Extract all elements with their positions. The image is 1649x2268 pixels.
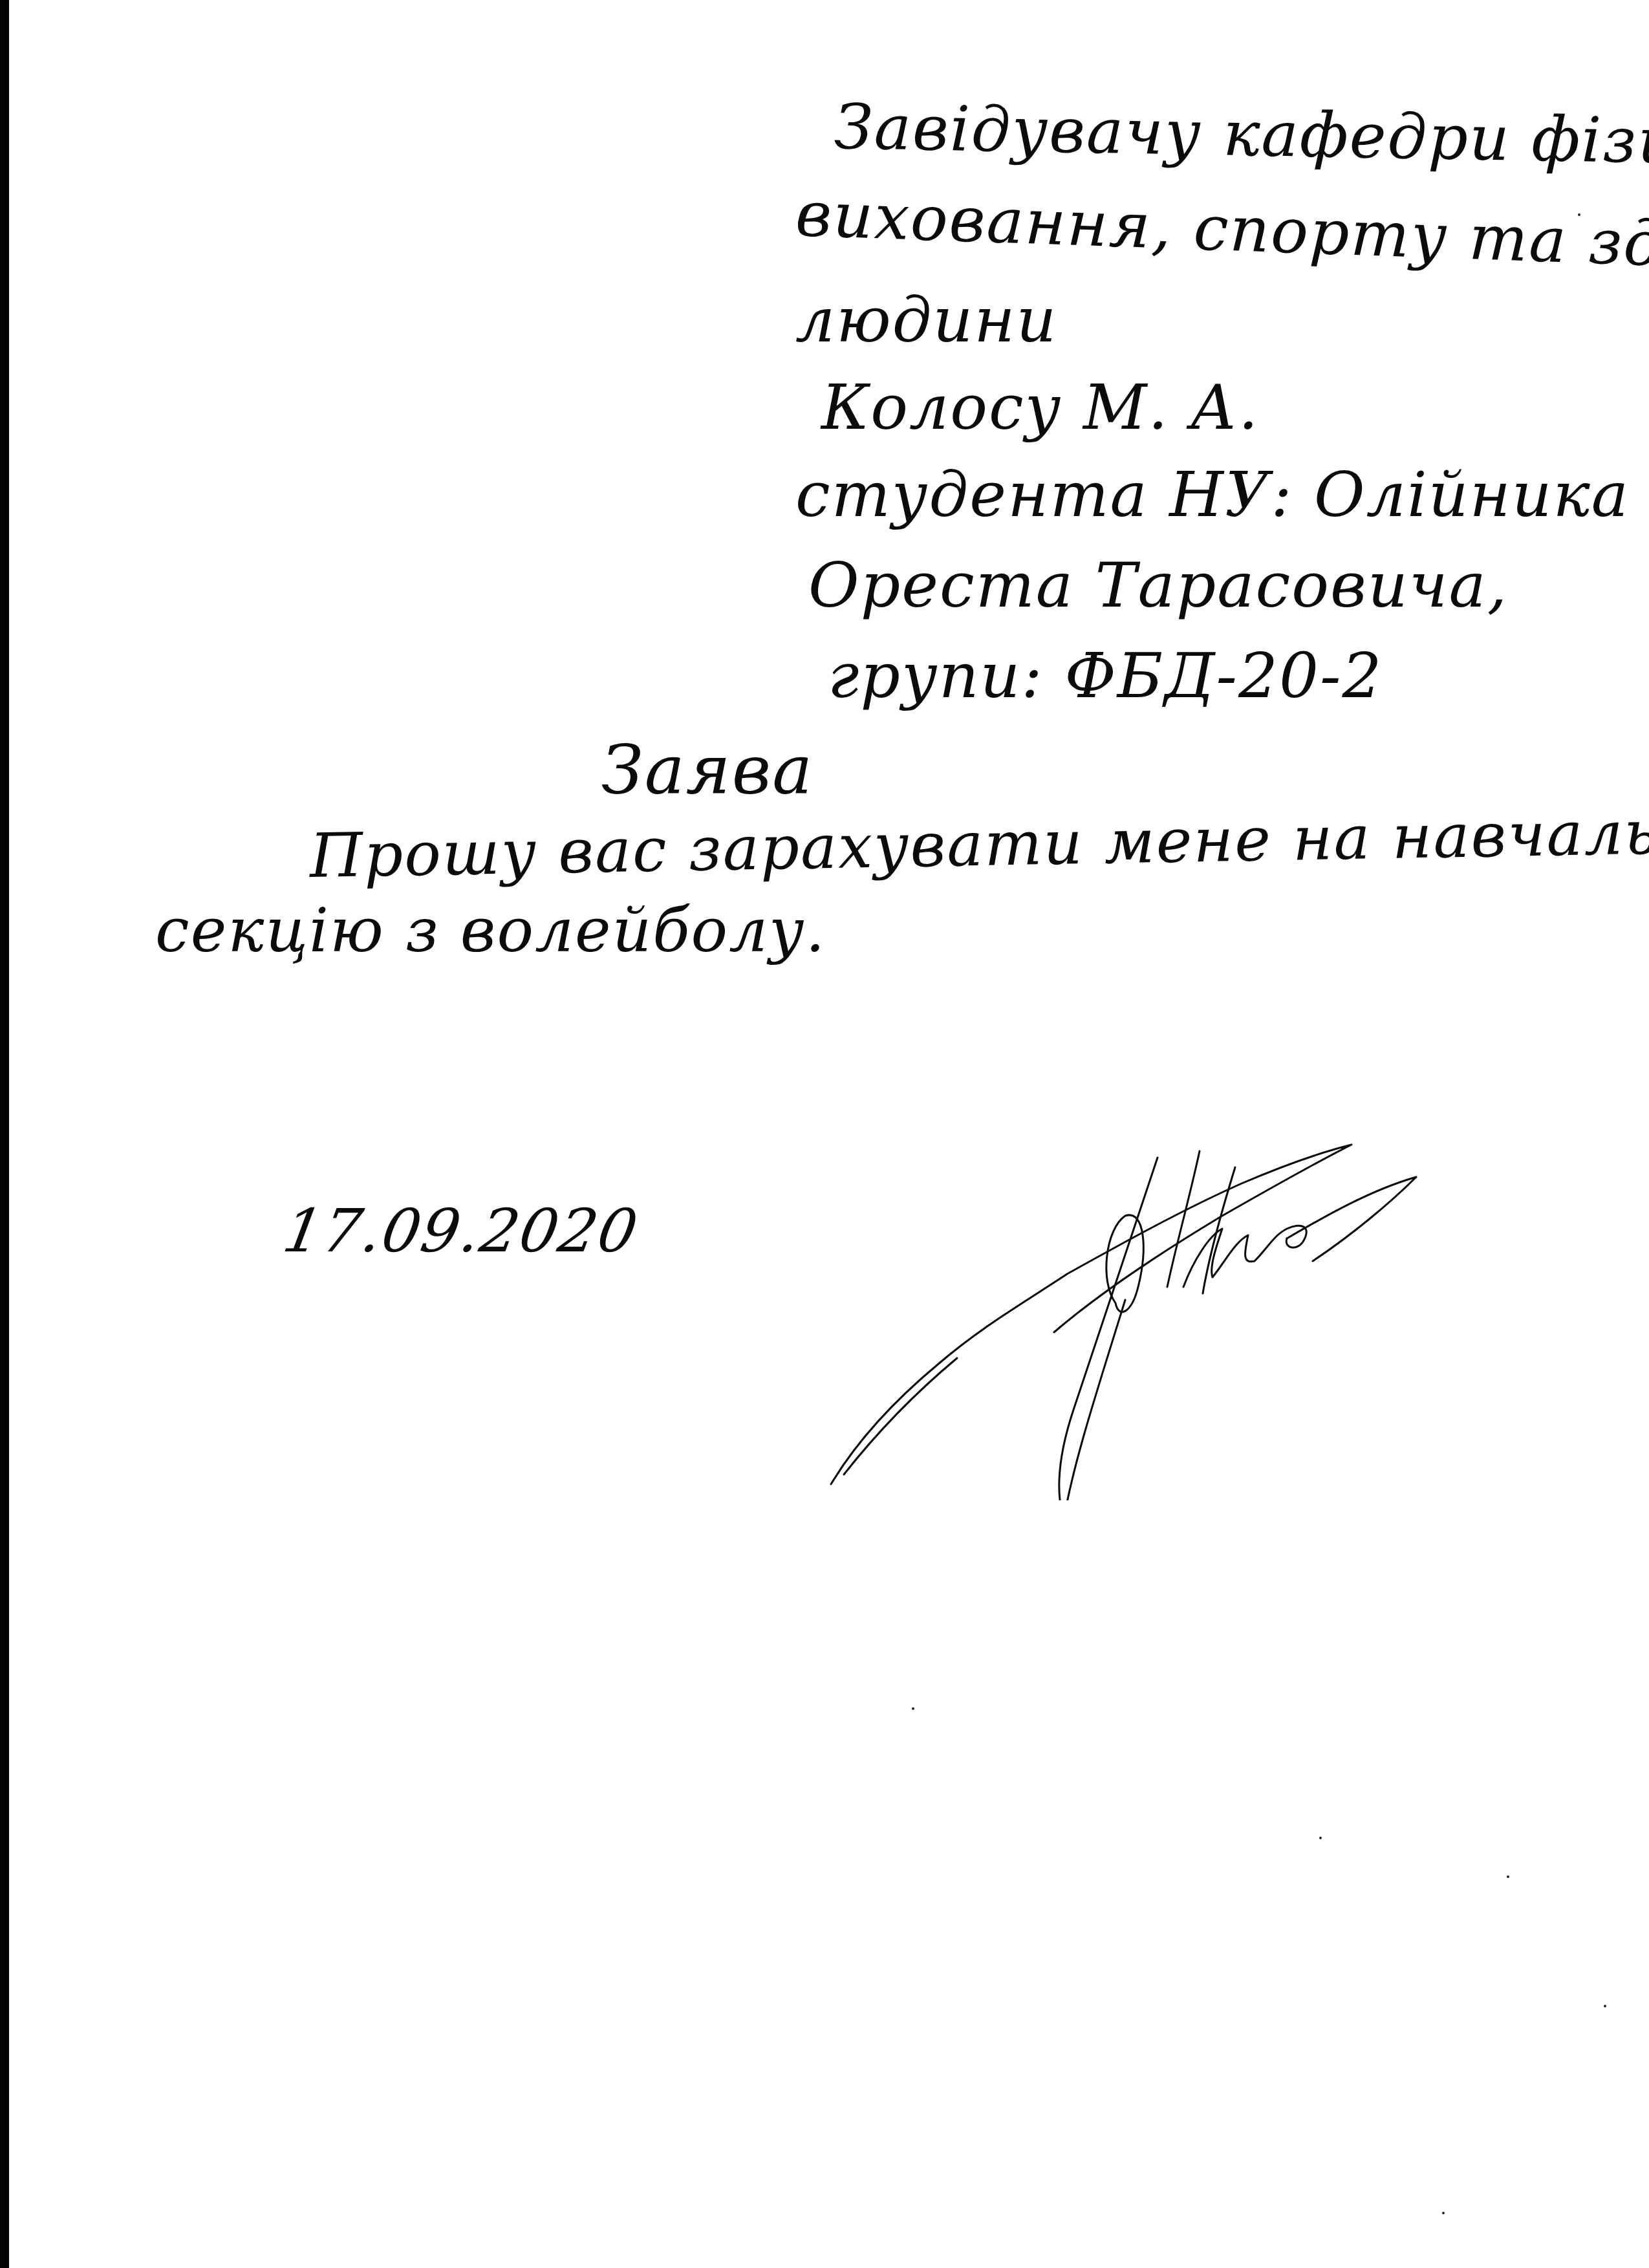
scan-speck: [1604, 2005, 1606, 2007]
scanner-edge: [0, 0, 9, 2268]
scan-speck: [1319, 1837, 1322, 1839]
scan-speck: [1578, 213, 1580, 216]
request-text-line-2: секцію з волейболу.: [155, 896, 826, 966]
student-group: групи: ФБД-20-2: [828, 631, 1383, 721]
scan-speck: [1442, 2212, 1445, 2214]
scan-speck: [1507, 1875, 1509, 1878]
student-line: студента НУ: Олійника: [795, 449, 1630, 540]
addressee-line-department-cont: людини: [795, 275, 1057, 365]
student-name: Ореста Тарасовича,: [808, 540, 1508, 631]
handwritten-signature-icon: [821, 1138, 1481, 1500]
scan-speck: [912, 1707, 914, 1710]
request-text-line-1: Прошу вас зарахувати мене на навчальну: [309, 797, 1649, 892]
addressee-name: Колосу М. А.: [821, 362, 1260, 453]
document-title: Заява: [601, 731, 814, 810]
document-date: 17.09.2020: [278, 1196, 644, 1266]
